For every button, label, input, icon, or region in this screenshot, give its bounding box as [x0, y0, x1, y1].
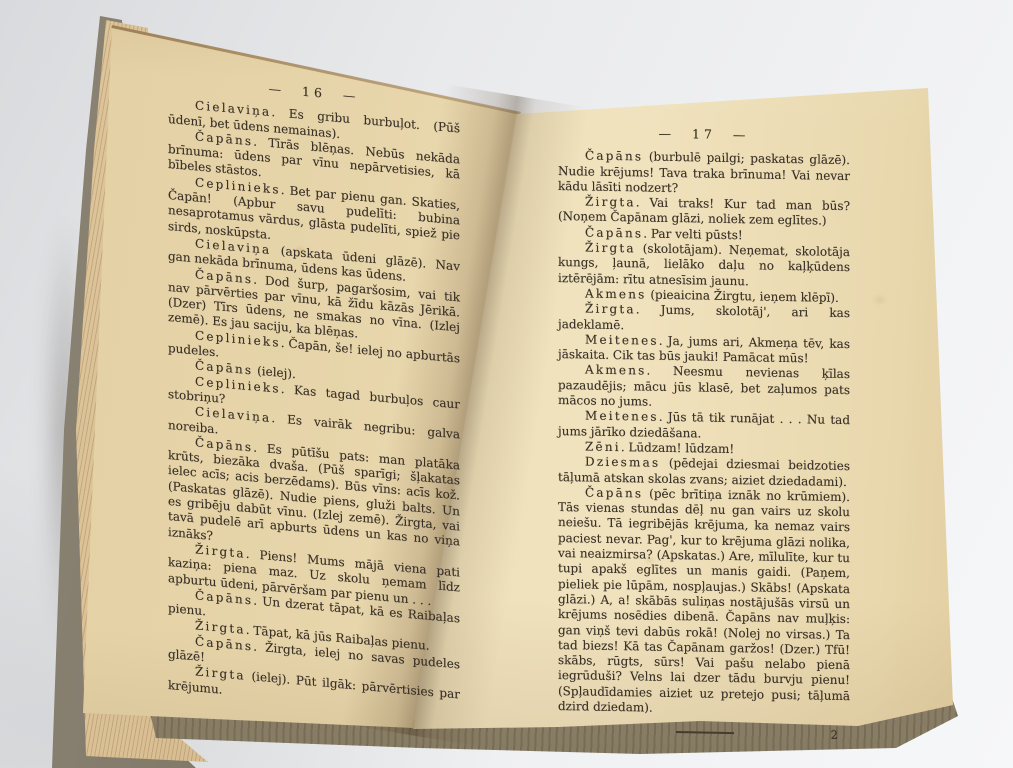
dialogue-paragraph: Čapāns (burbulē pailgi; paskatas glāzē).… — [558, 148, 850, 199]
speaker-name: Žirgta — [585, 195, 636, 210]
dialogue-text: . Par velti pūsts! — [643, 226, 742, 242]
dialogue-paragraph: Dziesmas (pēdejai dziesmai beidzoties tā… — [558, 454, 850, 490]
right-page-dialogue: Čapāns (burbulē pailgi; paskatas glāzē).… — [558, 148, 850, 719]
speaker-name: Akmens — [585, 286, 647, 301]
dialogue-text: (pēc brītiņa iznāk no krūmiem). Tās vien… — [558, 486, 850, 714]
speaker-name: Žirgta — [585, 241, 636, 256]
speaker-name: Čapāns — [585, 225, 643, 240]
dialogue-text: . Lūdzam! lūdzam! — [621, 440, 734, 456]
left-page-text: — 16 — Cielaviņa. Es gribu burbuļot. (Pū… — [168, 72, 460, 718]
photo-of-open-book: — 16 — Cielaviņa. Es gribu burbuļot. (Pū… — [0, 0, 1013, 768]
speaker-name: Akmens — [585, 363, 647, 378]
speaker-name: Zēni — [585, 439, 621, 454]
speaker-name: Čapāns — [585, 149, 643, 164]
right-page-text: — 17 — Čapāns (burbulē pailgi; paskatas … — [558, 124, 850, 744]
dialogue-text: . Es pūtīšu pats: man platāka krūts, bie… — [168, 440, 460, 549]
dialogue-paragraph: Žirgta (skolotājam). Neņemat, skolotāja … — [558, 240, 850, 291]
dialogue-paragraph: Akmens. Neesmu nevienas ķīlas pazaudējis… — [558, 362, 850, 413]
speaker-name: Čapāns — [585, 485, 643, 500]
signature-mark: 2 — [831, 728, 838, 743]
dialogue-paragraph: Meitenes. Jūs tā tik runājat . . . Nu ta… — [558, 408, 850, 444]
speaker-name: Meitenes — [585, 332, 659, 347]
dialogue-paragraph: Žirgta. Vai traks! Kur tad man būs? (Noņ… — [558, 194, 850, 230]
speaker-name: Meitenes — [585, 409, 659, 424]
dialogue-paragraph: Žirgta. Jums, skolotāj', ari kas jadekla… — [558, 301, 850, 337]
left-page-dialogue: Cielaviņa. Es gribu burbuļot. (Pūš ūdenī… — [168, 96, 460, 718]
speaker-name: Žirgta — [585, 302, 636, 317]
dialogue-paragraph: Meitenes. Ja, jums ari, Akmeņa tēv, kas … — [558, 332, 850, 368]
footer-rule — [676, 731, 734, 734]
dialogue-paragraph: Čapāns (pēc brītiņa iznāk no krūmiem). T… — [558, 485, 850, 720]
speaker-name: Dziesmas — [585, 455, 660, 470]
